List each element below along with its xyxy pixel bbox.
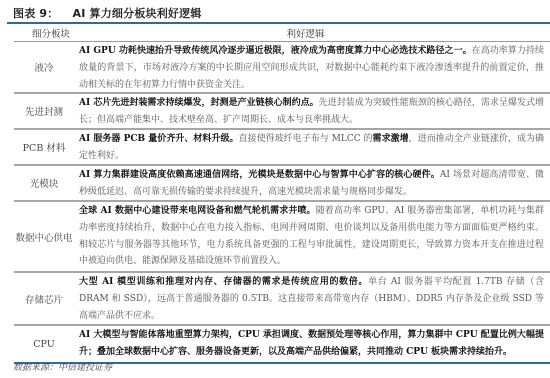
segment-logic: AI 算力集群建设高度依赖高速通信网络，光模块是数据中心与智算中心扩容的核心硬件… — [74, 166, 550, 200]
logic-bold: AI 算力集群建设高度依赖高速通信网络，光模块是数据中心与智算中心扩容的核心硬件… — [79, 170, 440, 180]
figure-label: 图表 9： — [13, 7, 58, 20]
data-source-note: 数据来源：中信建投证券 — [13, 360, 112, 373]
table-row-liquid-cooling: 液冷 AI GPU 功耗快速抬升导致传统风冷逐步逼近极限，液冷成为高密度算力中心… — [14, 42, 550, 94]
logic-bold: 全球 AI 数据中心建设带来电网设备和燃气轮机需求井喷。 — [79, 206, 316, 216]
segment-name: 存储芯片 — [14, 273, 74, 324]
segment-name: CPU — [14, 326, 74, 362]
table-row-pcb-materials: PCB 材料 AI 服务器 PCB 量价齐升、材料升级。直接使得玻纤电子布与 M… — [14, 130, 550, 166]
table-header: 细分板块 利好逻辑 — [14, 24, 550, 42]
segment-name: 数据中心供电 — [14, 202, 74, 271]
table-row-advanced-packaging: 先进封测 AI 芯片先进封装需求持续爆发，封测是产业链核心制约点。先进封装成为突… — [14, 94, 550, 130]
segment-logic: 全球 AI 数据中心建设带来电网设备和燃气轮机需求井喷。随着高功率 GPU、AI… — [74, 202, 550, 271]
figure-title: 图表 9：AI 算力细分板块利好逻辑 — [13, 5, 202, 21]
segment-name: 液冷 — [14, 42, 74, 92]
segment-logic: AI 服务器 PCB 量价齐升、材料升级。直接使得玻纤电子布与 MLCC 的需求… — [74, 130, 550, 164]
segment-logic: AI GPU 功耗快速抬升导致传统风冷逐步逼近极限，液冷成为高密度算力中心必选技… — [74, 42, 550, 92]
table-row-storage-chips: 存储芯片 大型 AI 模型训练和推理对内存、存储器的需求是传统应用的数倍。单台 … — [14, 273, 550, 326]
logic-bold: AI 服务器 PCB 量价齐升、材料升级。 — [79, 134, 239, 144]
header-segment: 细分板块 — [14, 26, 81, 40]
logic-normal: 直接使得玻纤电子布与 MLCC 的 — [239, 134, 373, 144]
segment-logic: AI 大模型与智能体落地重塑算力架构，CPU 承担调度、数据预处理等核心作用，算… — [74, 326, 550, 362]
logic-bold: AI 芯片先进封装需求持续爆发，封测是产业链核心制约点。 — [79, 98, 319, 108]
table-row-datacenter-power: 数据中心供电 全球 AI 数据中心建设带来电网设备和燃气轮机需求井喷。随着高功率… — [14, 202, 550, 273]
logic-bold: 大型 AI 模型训练和推理对内存、存储器的需求是传统应用的数倍。 — [79, 277, 368, 287]
logic-table: 细分板块 利好逻辑 液冷 AI GPU 功耗快速抬升导致传统风冷逐步逼近极限，液… — [14, 24, 550, 364]
segment-name: 先进封测 — [14, 94, 74, 128]
logic-bold: 需求激增 — [373, 134, 409, 144]
table-row-cpu: CPU AI 大模型与智能体落地重塑算力架构，CPU 承担调度、数据预处理等核心… — [14, 326, 550, 364]
segment-name: PCB 材料 — [14, 130, 74, 164]
segment-name: 光模块 — [14, 166, 74, 200]
segment-logic: 大型 AI 模型训练和推理对内存、存储器的需求是传统应用的数倍。单台 AI 服务… — [74, 273, 550, 324]
header-logic: 利好逻辑 — [81, 26, 550, 40]
table-row-optical-modules: 光模块 AI 算力集群建设高度依赖高速通信网络，光模块是数据中心与智算中心扩容的… — [14, 166, 550, 202]
segment-logic: AI 芯片先进封装需求持续爆发，封测是产业链核心制约点。先进封装成为突破性能瓶颈… — [74, 94, 550, 128]
logic-bold: AI 大模型与智能体落地重塑算力架构，CPU 承担调度、数据预处理等核心作用，算… — [79, 330, 544, 357]
figure-title-text: AI 算力细分板块利好逻辑 — [72, 7, 201, 20]
logic-bold: AI GPU 功耗快速抬升导致传统风冷逐步逼近极限，液冷成为高密度算力中心必选技… — [79, 46, 472, 56]
